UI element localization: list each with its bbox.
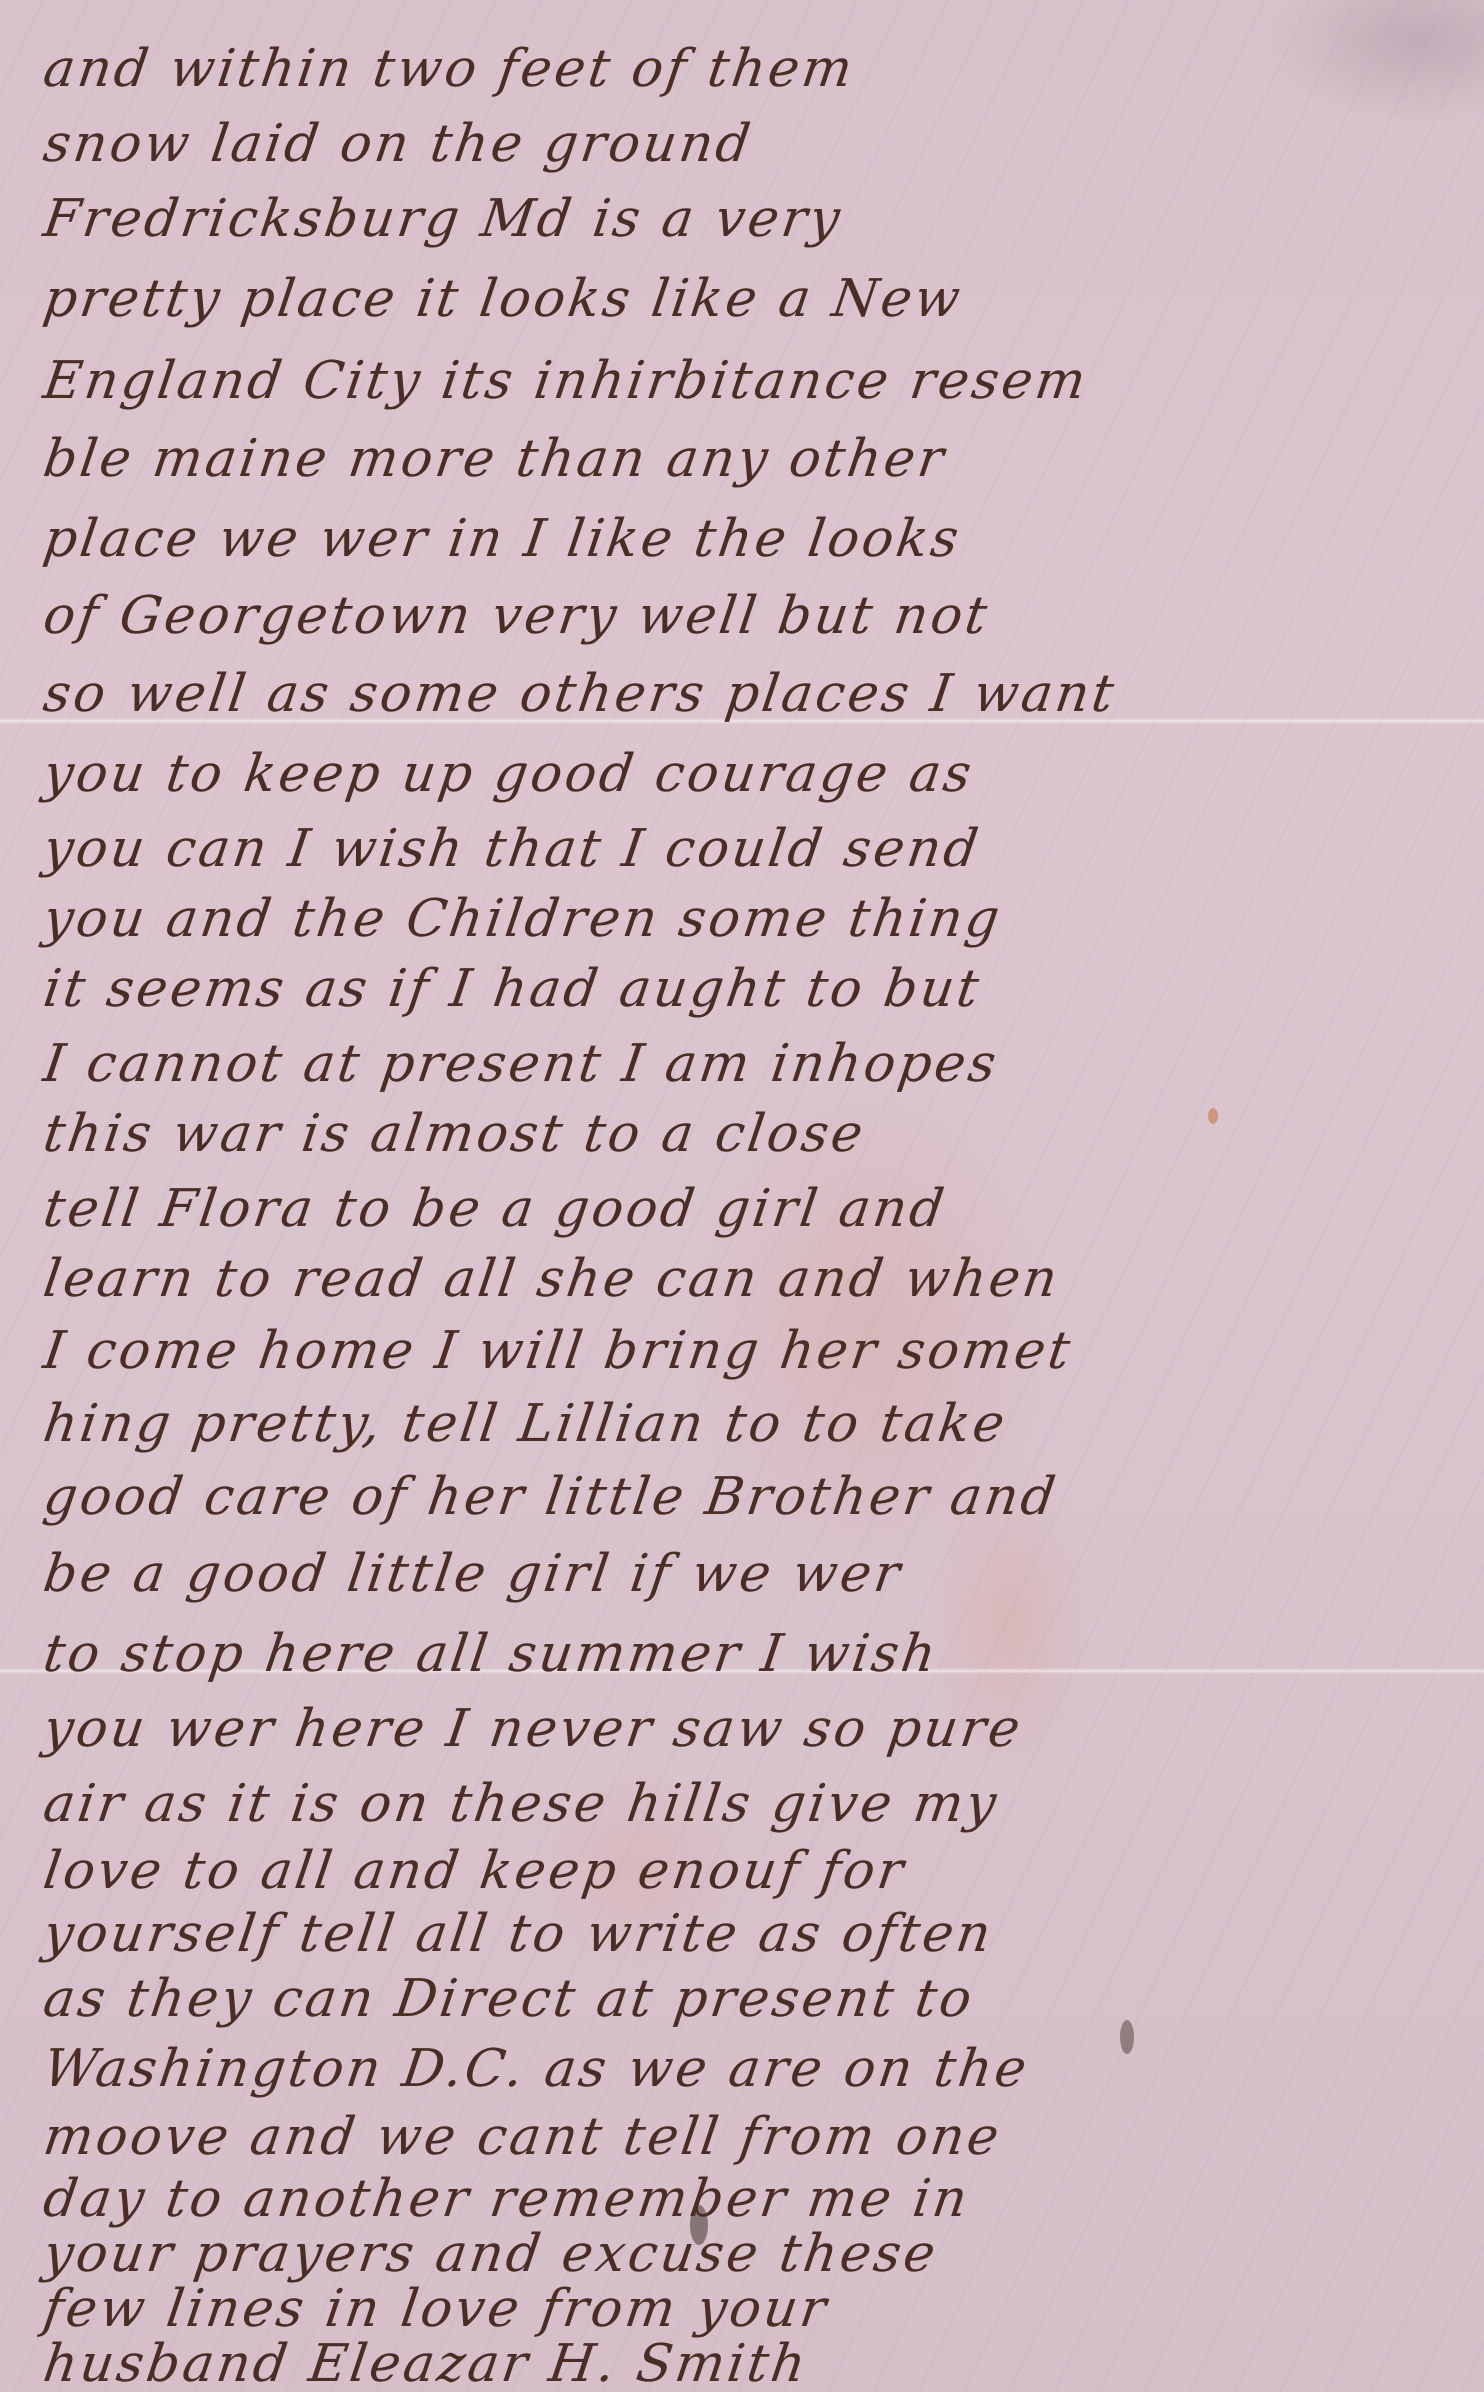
- letter-line: good care of her little Brother and: [40, 1468, 1478, 1526]
- letter-line: yourself tell all to write as often: [40, 1905, 1478, 1963]
- letter-line: and within two feet of them: [40, 40, 1478, 98]
- letter-line: learn to read all she can and when: [40, 1250, 1478, 1308]
- letter-line: hing pretty, tell Lillian to to take: [40, 1395, 1478, 1453]
- letter-line: snow laid on the ground: [40, 115, 1478, 173]
- letter-line: moove and we cant tell from one: [40, 2108, 1478, 2166]
- letter-line: I cannot at present I am inhopes: [40, 1035, 1478, 1093]
- letter-line: of Georgetown very well but not: [40, 587, 1478, 645]
- letter-line: I come home I will bring her somet: [40, 1322, 1478, 1380]
- letter-line: your prayers and excuse these: [40, 2225, 1478, 2283]
- letter-line: to stop here all summer I wish: [40, 1625, 1478, 1683]
- letter-line: you wer here I never saw so pure: [40, 1700, 1478, 1758]
- letter-line: Fredricksburg Md is a very: [40, 190, 1478, 248]
- letter-line: pretty place it looks like a New: [40, 270, 1478, 328]
- letter-line: so well as some others places I want: [40, 665, 1478, 723]
- letter-page: and within two feet of them snow laid on…: [0, 0, 1484, 2392]
- letter-line: day to another remember me in: [40, 2170, 1478, 2228]
- letter-line: Washington D.C. as we are on the: [40, 2040, 1478, 2098]
- letter-line: it seems as if I had aught to but: [40, 960, 1478, 1018]
- letter-line: few lines in love from your: [40, 2280, 1478, 2338]
- letter-line: air as it is on these hills give my: [40, 1775, 1478, 1833]
- letter-line: England City its inhirbitance resem: [40, 352, 1478, 410]
- letter-body: and within two feet of them snow laid on…: [0, 0, 1484, 2392]
- letter-line: you to keep up good courage as: [40, 745, 1478, 803]
- letter-line: this war is almost to a close: [40, 1105, 1478, 1163]
- letter-line: you and the Children some thing: [40, 890, 1478, 948]
- letter-line: ble maine more than any other: [40, 430, 1478, 488]
- letter-line: be a good little girl if we wer: [40, 1545, 1478, 1603]
- letter-line: tell Flora to be a good girl and: [40, 1180, 1478, 1238]
- letter-line: place we wer in I like the looks: [40, 510, 1478, 568]
- letter-line: you can I wish that I could send: [40, 820, 1478, 878]
- letter-line: as they can Direct at present to: [40, 1970, 1478, 2028]
- letter-line: love to all and keep enouf for: [40, 1842, 1478, 1900]
- letter-signature-line: husband Eleazar H. Smith: [40, 2335, 1478, 2392]
